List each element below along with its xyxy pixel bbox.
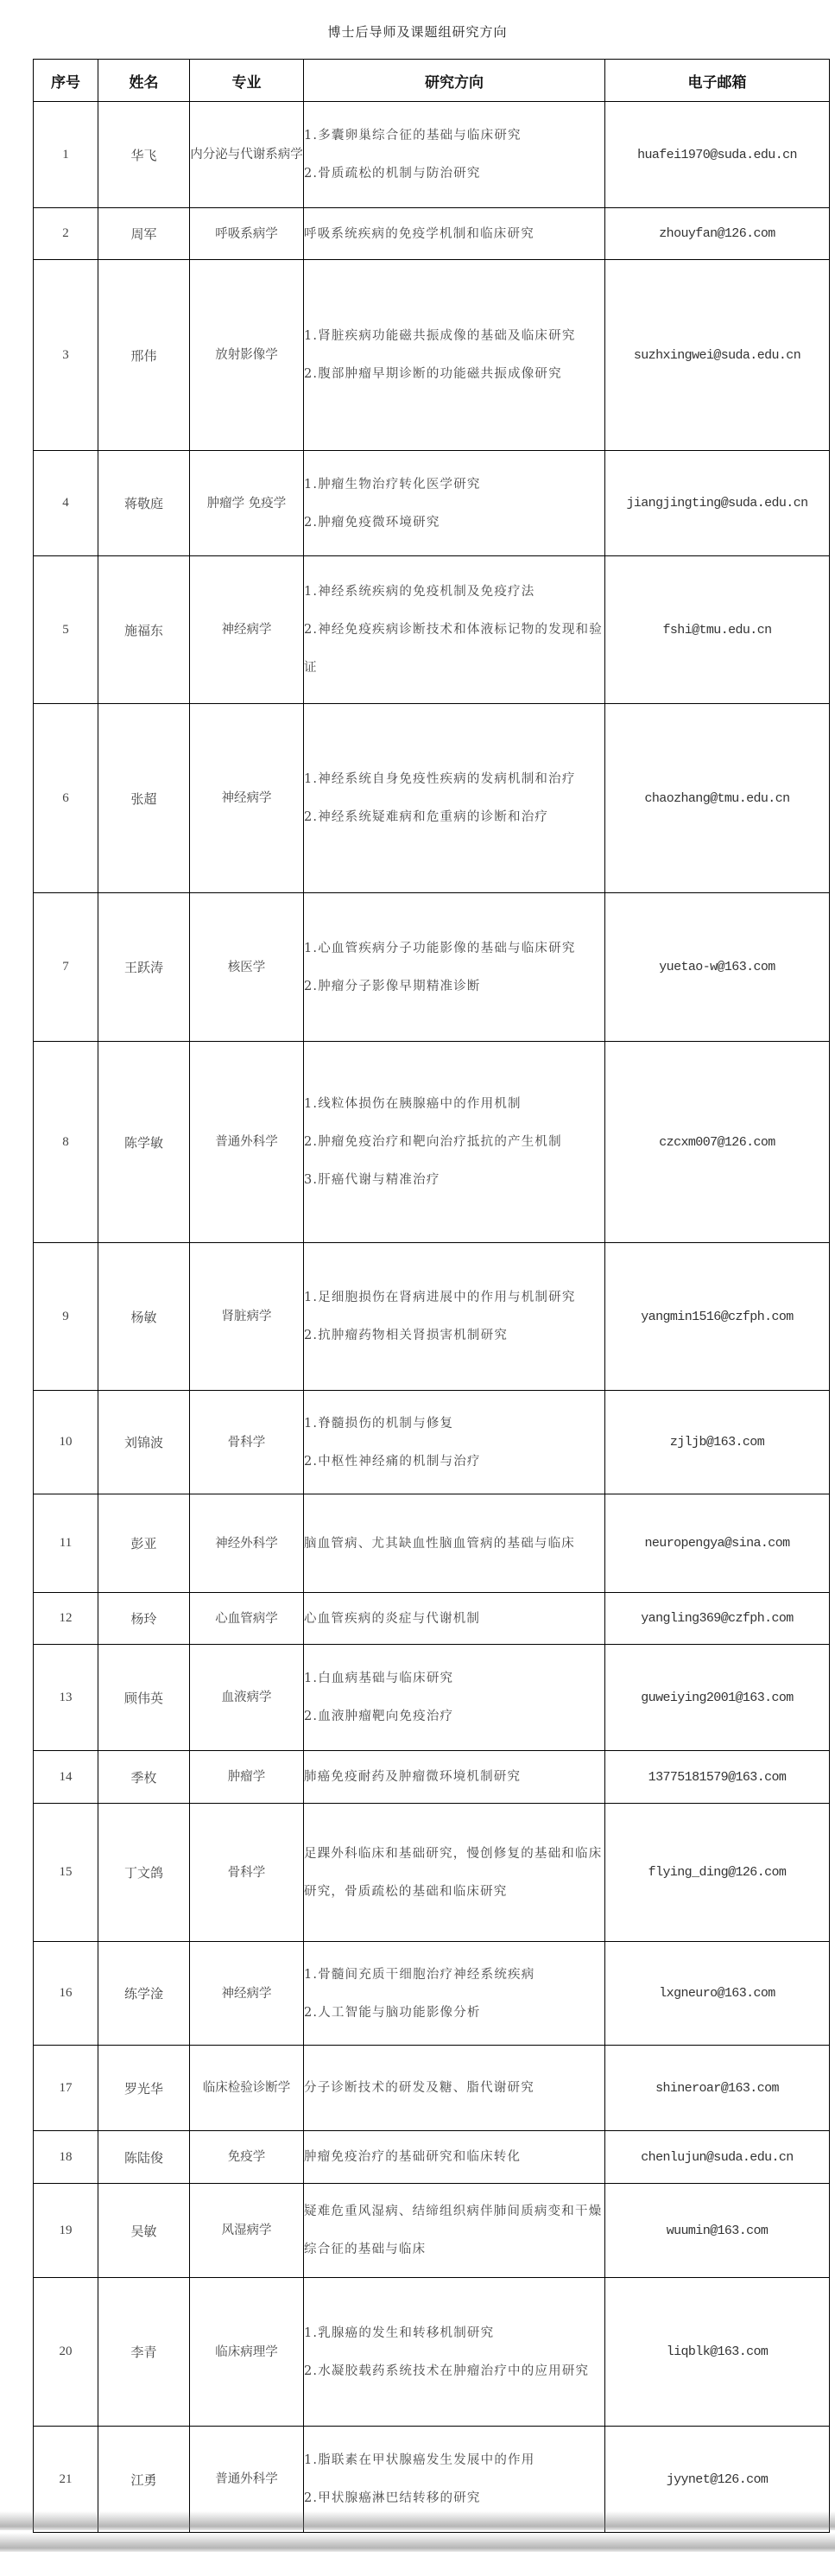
- supervisor-name: 刘锦波: [98, 1391, 190, 1494]
- row-number: 2: [34, 208, 98, 260]
- page-title: 博士后导师及课题组研究方向: [0, 22, 835, 41]
- major: 临床病理学: [190, 2278, 304, 2427]
- supervisor-name: 罗光华: [98, 2046, 190, 2131]
- supervisor-name: 顾伟英: [98, 1645, 190, 1751]
- supervisor-name: 邢伟: [98, 260, 190, 451]
- row-number: 3: [34, 260, 98, 451]
- table-row: 15丁文鸽骨科学足踝外科临床和基础研究，慢创修复的基础和临床研究，骨质疏松的基础…: [34, 1804, 830, 1942]
- email-address[interactable]: zjljb@163.com: [605, 1391, 830, 1494]
- research-directions: 1.神经系统自身免疫性疾病的发病机制和治疗2.神经系统疑难病和危重病的诊断和治疗: [304, 704, 605, 893]
- research-direction-item: 2.肿瘤分子影像早期精准诊断: [304, 968, 604, 1006]
- column-header-major: 专业: [190, 60, 304, 102]
- email-address[interactable]: wuumin@163.com: [605, 2184, 830, 2278]
- table-row: 8陈学敏普通外科学1.线粒体损伤在胰腺癌中的作用机制2.肿瘤免疫治疗和靶向治疗抵…: [34, 1042, 830, 1243]
- major: 放射影像学: [190, 260, 304, 451]
- row-number: 18: [34, 2131, 98, 2184]
- table-row: 13顾伟英血液病学1.白血病基础与临床研究2.血液肿瘤靶向免疫治疗guweiyi…: [34, 1645, 830, 1751]
- research-direction-item: 肿瘤免疫治疗的基础研究和临床转化: [304, 2138, 604, 2176]
- email-address[interactable]: lxgneuro@163.com: [605, 1942, 830, 2046]
- research-directions: 肺癌免疫耐药及肿瘤微环境机制研究: [304, 1751, 605, 1804]
- research-direction-item: 2.神经免疫疾病诊断技术和体液标记物的发现和验证: [304, 611, 604, 687]
- research-directions: 1.足细胞损伤在肾病进展中的作用与机制研究2.抗肿瘤药物相关肾损害机制研究: [304, 1243, 605, 1391]
- research-direction-item: 1.乳腺癌的发生和转移机制研究: [304, 2314, 604, 2352]
- research-direction-item: 1.脂联素在甲状腺癌发生发展中的作用: [304, 2441, 604, 2479]
- row-number: 6: [34, 704, 98, 893]
- supervisor-name: 杨敏: [98, 1243, 190, 1391]
- supervisor-name: 杨玲: [98, 1593, 190, 1645]
- major: 心血管病学: [190, 1593, 304, 1645]
- row-number: 14: [34, 1751, 98, 1804]
- email-address[interactable]: yuetao-w@163.com: [605, 893, 830, 1042]
- email-address[interactable]: suzhxingwei@suda.edu.cn: [605, 260, 830, 451]
- research-direction-item: 2.甲状腺癌淋巴结转移的研究: [304, 2479, 604, 2517]
- research-directions: 1.心血管疾病分子功能影像的基础与临床研究2.肿瘤分子影像早期精准诊断: [304, 893, 605, 1042]
- research-direction-item: 疑难危重风湿病、结缔组织病伴肺间质病变和干燥综合征的基础与临床: [304, 2192, 604, 2268]
- research-direction-item: 1.脊髓损伤的机制与修复: [304, 1405, 604, 1443]
- research-direction-item: 2.神经系统疑难病和危重病的诊断和治疗: [304, 798, 604, 836]
- email-address[interactable]: jyynet@126.com: [605, 2427, 830, 2533]
- research-direction-item: 2.肿瘤免疫治疗和靶向治疗抵抗的产生机制: [304, 1123, 604, 1161]
- email-address[interactable]: guweiying2001@163.com: [605, 1645, 830, 1751]
- research-direction-item: 1.骨髓间充质干细胞治疗神经系统疾病: [304, 1956, 604, 1994]
- research-direction-item: 2.抗肿瘤药物相关肾损害机制研究: [304, 1317, 604, 1355]
- research-direction-item: 2.腹部肿瘤早期诊断的功能磁共振成像研究: [304, 355, 604, 393]
- table-row: 2周军呼吸系病学呼吸系统疾病的免疫学机制和临床研究zhouyfan@126.co…: [34, 208, 830, 260]
- major: 神经外科学: [190, 1494, 304, 1593]
- major: 肿瘤学: [190, 1751, 304, 1804]
- email-address[interactable]: chenlujun@suda.edu.cn: [605, 2131, 830, 2184]
- table-row: 11彭亚神经外科学脑血管病、尤其缺血性脑血管病的基础与临床neuropengya…: [34, 1494, 830, 1593]
- email-address[interactable]: 13775181579@163.com: [605, 1751, 830, 1804]
- research-direction-item: 1.足细胞损伤在肾病进展中的作用与机制研究: [304, 1278, 604, 1317]
- research-directions: 肿瘤免疫治疗的基础研究和临床转化: [304, 2131, 605, 2184]
- research-direction-item: 足踝外科临床和基础研究，慢创修复的基础和临床研究，骨质疏松的基础和临床研究: [304, 1835, 604, 1911]
- table-row: 14季枚肿瘤学肺癌免疫耐药及肿瘤微环境机制研究13775181579@163.c…: [34, 1751, 830, 1804]
- major: 普通外科学: [190, 1042, 304, 1243]
- column-header-number: 序号: [34, 60, 98, 102]
- research-direction-item: 1.肿瘤生物治疗转化医学研究: [304, 466, 604, 504]
- research-directions: 1.多囊卵巢综合征的基础与临床研究2.骨质疏松的机制与防治研究: [304, 102, 605, 208]
- research-direction-item: 肺癌免疫耐药及肿瘤微环境机制研究: [304, 1758, 604, 1796]
- row-number: 11: [34, 1494, 98, 1593]
- supervisor-name: 王跃涛: [98, 893, 190, 1042]
- email-address[interactable]: yangling369@czfph.com: [605, 1593, 830, 1645]
- research-directions: 1.脊髓损伤的机制与修复2.中枢性神经痛的机制与治疗: [304, 1391, 605, 1494]
- major: 骨科学: [190, 1804, 304, 1942]
- research-directions: 分子诊断技术的研发及糖、脂代谢研究: [304, 2046, 605, 2131]
- major: 肿瘤学 免疫学: [190, 451, 304, 556]
- research-directions: 1.肾脏疾病功能磁共振成像的基础及临床研究2.腹部肿瘤早期诊断的功能磁共振成像研…: [304, 260, 605, 451]
- research-directions: 脑血管病、尤其缺血性脑血管病的基础与临床: [304, 1494, 605, 1593]
- supervisor-table: 序号 姓名 专业 研究方向 电子邮箱 1华飞内分泌与代谢系病学1.多囊卵巢综合征…: [33, 59, 830, 2533]
- email-address[interactable]: neuropengya@sina.com: [605, 1494, 830, 1593]
- research-direction-item: 呼吸系统疾病的免疫学机制和临床研究: [304, 215, 604, 253]
- research-direction-item: 1.肾脏疾病功能磁共振成像的基础及临床研究: [304, 317, 604, 355]
- email-address[interactable]: czcxm007@126.com: [605, 1042, 830, 1243]
- email-address[interactable]: fshi@tmu.edu.cn: [605, 556, 830, 704]
- email-address[interactable]: zhouyfan@126.com: [605, 208, 830, 260]
- table-row: 20李青临床病理学1.乳腺癌的发生和转移机制研究2.水凝胶载药系统技术在肿瘤治疗…: [34, 2278, 830, 2427]
- major: 临床检验诊断学: [190, 2046, 304, 2131]
- row-number: 1: [34, 102, 98, 208]
- email-address[interactable]: huafei1970@suda.edu.cn: [605, 102, 830, 208]
- row-number: 20: [34, 2278, 98, 2427]
- table-row: 17罗光华临床检验诊断学分子诊断技术的研发及糖、脂代谢研究shineroar@1…: [34, 2046, 830, 2131]
- row-number: 17: [34, 2046, 98, 2131]
- supervisor-name: 丁文鸽: [98, 1804, 190, 1942]
- row-number: 13: [34, 1645, 98, 1751]
- research-directions: 足踝外科临床和基础研究，慢创修复的基础和临床研究，骨质疏松的基础和临床研究: [304, 1804, 605, 1942]
- research-direction-item: 分子诊断技术的研发及糖、脂代谢研究: [304, 2069, 604, 2107]
- table-row: 5施福东神经病学1.神经系统疾病的免疫机制及免疫疗法2.神经免疫疾病诊断技术和体…: [34, 556, 830, 704]
- supervisor-name: 周军: [98, 208, 190, 260]
- research-directions: 呼吸系统疾病的免疫学机制和临床研究: [304, 208, 605, 260]
- research-direction-item: 1.白血病基础与临床研究: [304, 1659, 604, 1697]
- page-break-shadow: [0, 2533, 835, 2552]
- row-number: 5: [34, 556, 98, 704]
- row-number: 7: [34, 893, 98, 1042]
- research-direction-item: 1.多囊卵巢综合征的基础与临床研究: [304, 117, 604, 155]
- email-address[interactable]: jiangjingting@suda.edu.cn: [605, 451, 830, 556]
- major: 神经病学: [190, 556, 304, 704]
- table-row: 19吴敏风湿病学疑难危重风湿病、结缔组织病伴肺间质病变和干燥综合征的基础与临床w…: [34, 2184, 830, 2278]
- supervisor-name: 蒋敬庭: [98, 451, 190, 556]
- research-direction-item: 2.肿瘤免疫微环境研究: [304, 504, 604, 542]
- supervisor-name: 华飞: [98, 102, 190, 208]
- table-row: 10刘锦波骨科学1.脊髓损伤的机制与修复2.中枢性神经痛的机制与治疗zjljb@…: [34, 1391, 830, 1494]
- research-directions: 1.神经系统疾病的免疫机制及免疫疗法2.神经免疫疾病诊断技术和体液标记物的发现和…: [304, 556, 605, 704]
- major: 免疫学: [190, 2131, 304, 2184]
- supervisor-name: 练学淦: [98, 1942, 190, 2046]
- table-row: 9杨敏肾脏病学1.足细胞损伤在肾病进展中的作用与机制研究2.抗肿瘤药物相关肾损害…: [34, 1243, 830, 1391]
- supervisor-name: 彭亚: [98, 1494, 190, 1593]
- row-number: 16: [34, 1942, 98, 2046]
- table-row: 16练学淦神经病学1.骨髓间充质干细胞治疗神经系统疾病2.人工智能与脑功能影像分…: [34, 1942, 830, 2046]
- row-number: 19: [34, 2184, 98, 2278]
- supervisor-name: 吴敏: [98, 2184, 190, 2278]
- research-directions: 心血管疾病的炎症与代谢机制: [304, 1593, 605, 1645]
- table-row: 1华飞内分泌与代谢系病学1.多囊卵巢综合征的基础与临床研究2.骨质疏松的机制与防…: [34, 102, 830, 208]
- table-row: 7王跃涛核医学1.心血管疾病分子功能影像的基础与临床研究2.肿瘤分子影像早期精准…: [34, 893, 830, 1042]
- email-address[interactable]: shineroar@163.com: [605, 2046, 830, 2131]
- research-direction-item: 1.心血管疾病分子功能影像的基础与临床研究: [304, 930, 604, 968]
- table-body: 1华飞内分泌与代谢系病学1.多囊卵巢综合征的基础与临床研究2.骨质疏松的机制与防…: [34, 102, 830, 2533]
- row-number: 12: [34, 1593, 98, 1645]
- major: 神经病学: [190, 704, 304, 893]
- major: 呼吸系病学: [190, 208, 304, 260]
- email-address[interactable]: flying_ding@126.com: [605, 1804, 830, 1942]
- row-number: 8: [34, 1042, 98, 1243]
- table-header-row: 序号 姓名 专业 研究方向 电子邮箱: [34, 60, 830, 102]
- research-directions: 1.骨髓间充质干细胞治疗神经系统疾病2.人工智能与脑功能影像分析: [304, 1942, 605, 2046]
- research-direction-item: 1.神经系统疾病的免疫机制及免疫疗法: [304, 573, 604, 611]
- research-directions: 1.白血病基础与临床研究2.血液肿瘤靶向免疫治疗: [304, 1645, 605, 1751]
- major: 普通外科学: [190, 2427, 304, 2533]
- research-direction-item: 2.血液肿瘤靶向免疫治疗: [304, 1697, 604, 1735]
- research-direction-item: 2.中枢性神经痛的机制与治疗: [304, 1443, 604, 1481]
- row-number: 9: [34, 1243, 98, 1391]
- table-row: 6张超神经病学1.神经系统自身免疫性疾病的发病机制和治疗2.神经系统疑难病和危重…: [34, 704, 830, 893]
- research-directions: 1.肿瘤生物治疗转化医学研究2.肿瘤免疫微环境研究: [304, 451, 605, 556]
- row-number: 4: [34, 451, 98, 556]
- research-directions: 1.脂联素在甲状腺癌发生发展中的作用2.甲状腺癌淋巴结转移的研究: [304, 2427, 605, 2533]
- research-direction-item: 3.肝癌代谢与精准治疗: [304, 1161, 604, 1199]
- table-row: 12杨玲心血管病学心血管疾病的炎症与代谢机制yangling369@czfph.…: [34, 1593, 830, 1645]
- row-number: 21: [34, 2427, 98, 2533]
- column-header-name: 姓名: [98, 60, 190, 102]
- column-header-email: 电子邮箱: [605, 60, 830, 102]
- major: 骨科学: [190, 1391, 304, 1494]
- research-direction-item: 脑血管病、尤其缺血性脑血管病的基础与临床: [304, 1525, 604, 1563]
- email-address[interactable]: yangmin1516@czfph.com: [605, 1243, 830, 1391]
- column-header-research: 研究方向: [304, 60, 605, 102]
- table-row: 3邢伟放射影像学1.肾脏疾病功能磁共振成像的基础及临床研究2.腹部肿瘤早期诊断的…: [34, 260, 830, 451]
- research-direction-item: 1.线粒体损伤在胰腺癌中的作用机制: [304, 1085, 604, 1123]
- major: 内分泌与代谢系病学: [190, 102, 304, 208]
- table-row: 18陈陆俊免疫学肿瘤免疫治疗的基础研究和临床转化chenlujun@suda.e…: [34, 2131, 830, 2184]
- supervisor-name: 江勇: [98, 2427, 190, 2533]
- email-address[interactable]: liqblk@163.com: [605, 2278, 830, 2427]
- research-direction-item: 1.神经系统自身免疫性疾病的发病机制和治疗: [304, 760, 604, 798]
- email-address[interactable]: chaozhang@tmu.edu.cn: [605, 704, 830, 893]
- major: 血液病学: [190, 1645, 304, 1751]
- major: 核医学: [190, 893, 304, 1042]
- major: 风湿病学: [190, 2184, 304, 2278]
- table-row: 4蒋敬庭肿瘤学 免疫学1.肿瘤生物治疗转化医学研究2.肿瘤免疫微环境研究jian…: [34, 451, 830, 556]
- supervisor-name: 陈陆俊: [98, 2131, 190, 2184]
- supervisor-name: 季枚: [98, 1751, 190, 1804]
- row-number: 15: [34, 1804, 98, 1942]
- research-directions: 1.乳腺癌的发生和转移机制研究2.水凝胶载药系统技术在肿瘤治疗中的应用研究: [304, 2278, 605, 2427]
- research-direction-item: 2.人工智能与脑功能影像分析: [304, 1994, 604, 2032]
- major: 肾脏病学: [190, 1243, 304, 1391]
- table-row: 21江勇普通外科学1.脂联素在甲状腺癌发生发展中的作用2.甲状腺癌淋巴结转移的研…: [34, 2427, 830, 2533]
- research-direction-item: 心血管疾病的炎症与代谢机制: [304, 1600, 604, 1638]
- research-directions: 1.线粒体损伤在胰腺癌中的作用机制2.肿瘤免疫治疗和靶向治疗抵抗的产生机制3.肝…: [304, 1042, 605, 1243]
- supervisor-name: 张超: [98, 704, 190, 893]
- research-directions: 疑难危重风湿病、结缔组织病伴肺间质病变和干燥综合征的基础与临床: [304, 2184, 605, 2278]
- supervisor-name: 李青: [98, 2278, 190, 2427]
- row-number: 10: [34, 1391, 98, 1494]
- supervisor-name: 陈学敏: [98, 1042, 190, 1243]
- research-direction-item: 2.骨质疏松的机制与防治研究: [304, 155, 604, 193]
- research-direction-item: 2.水凝胶载药系统技术在肿瘤治疗中的应用研究: [304, 2352, 604, 2390]
- major: 神经病学: [190, 1942, 304, 2046]
- supervisor-name: 施福东: [98, 556, 190, 704]
